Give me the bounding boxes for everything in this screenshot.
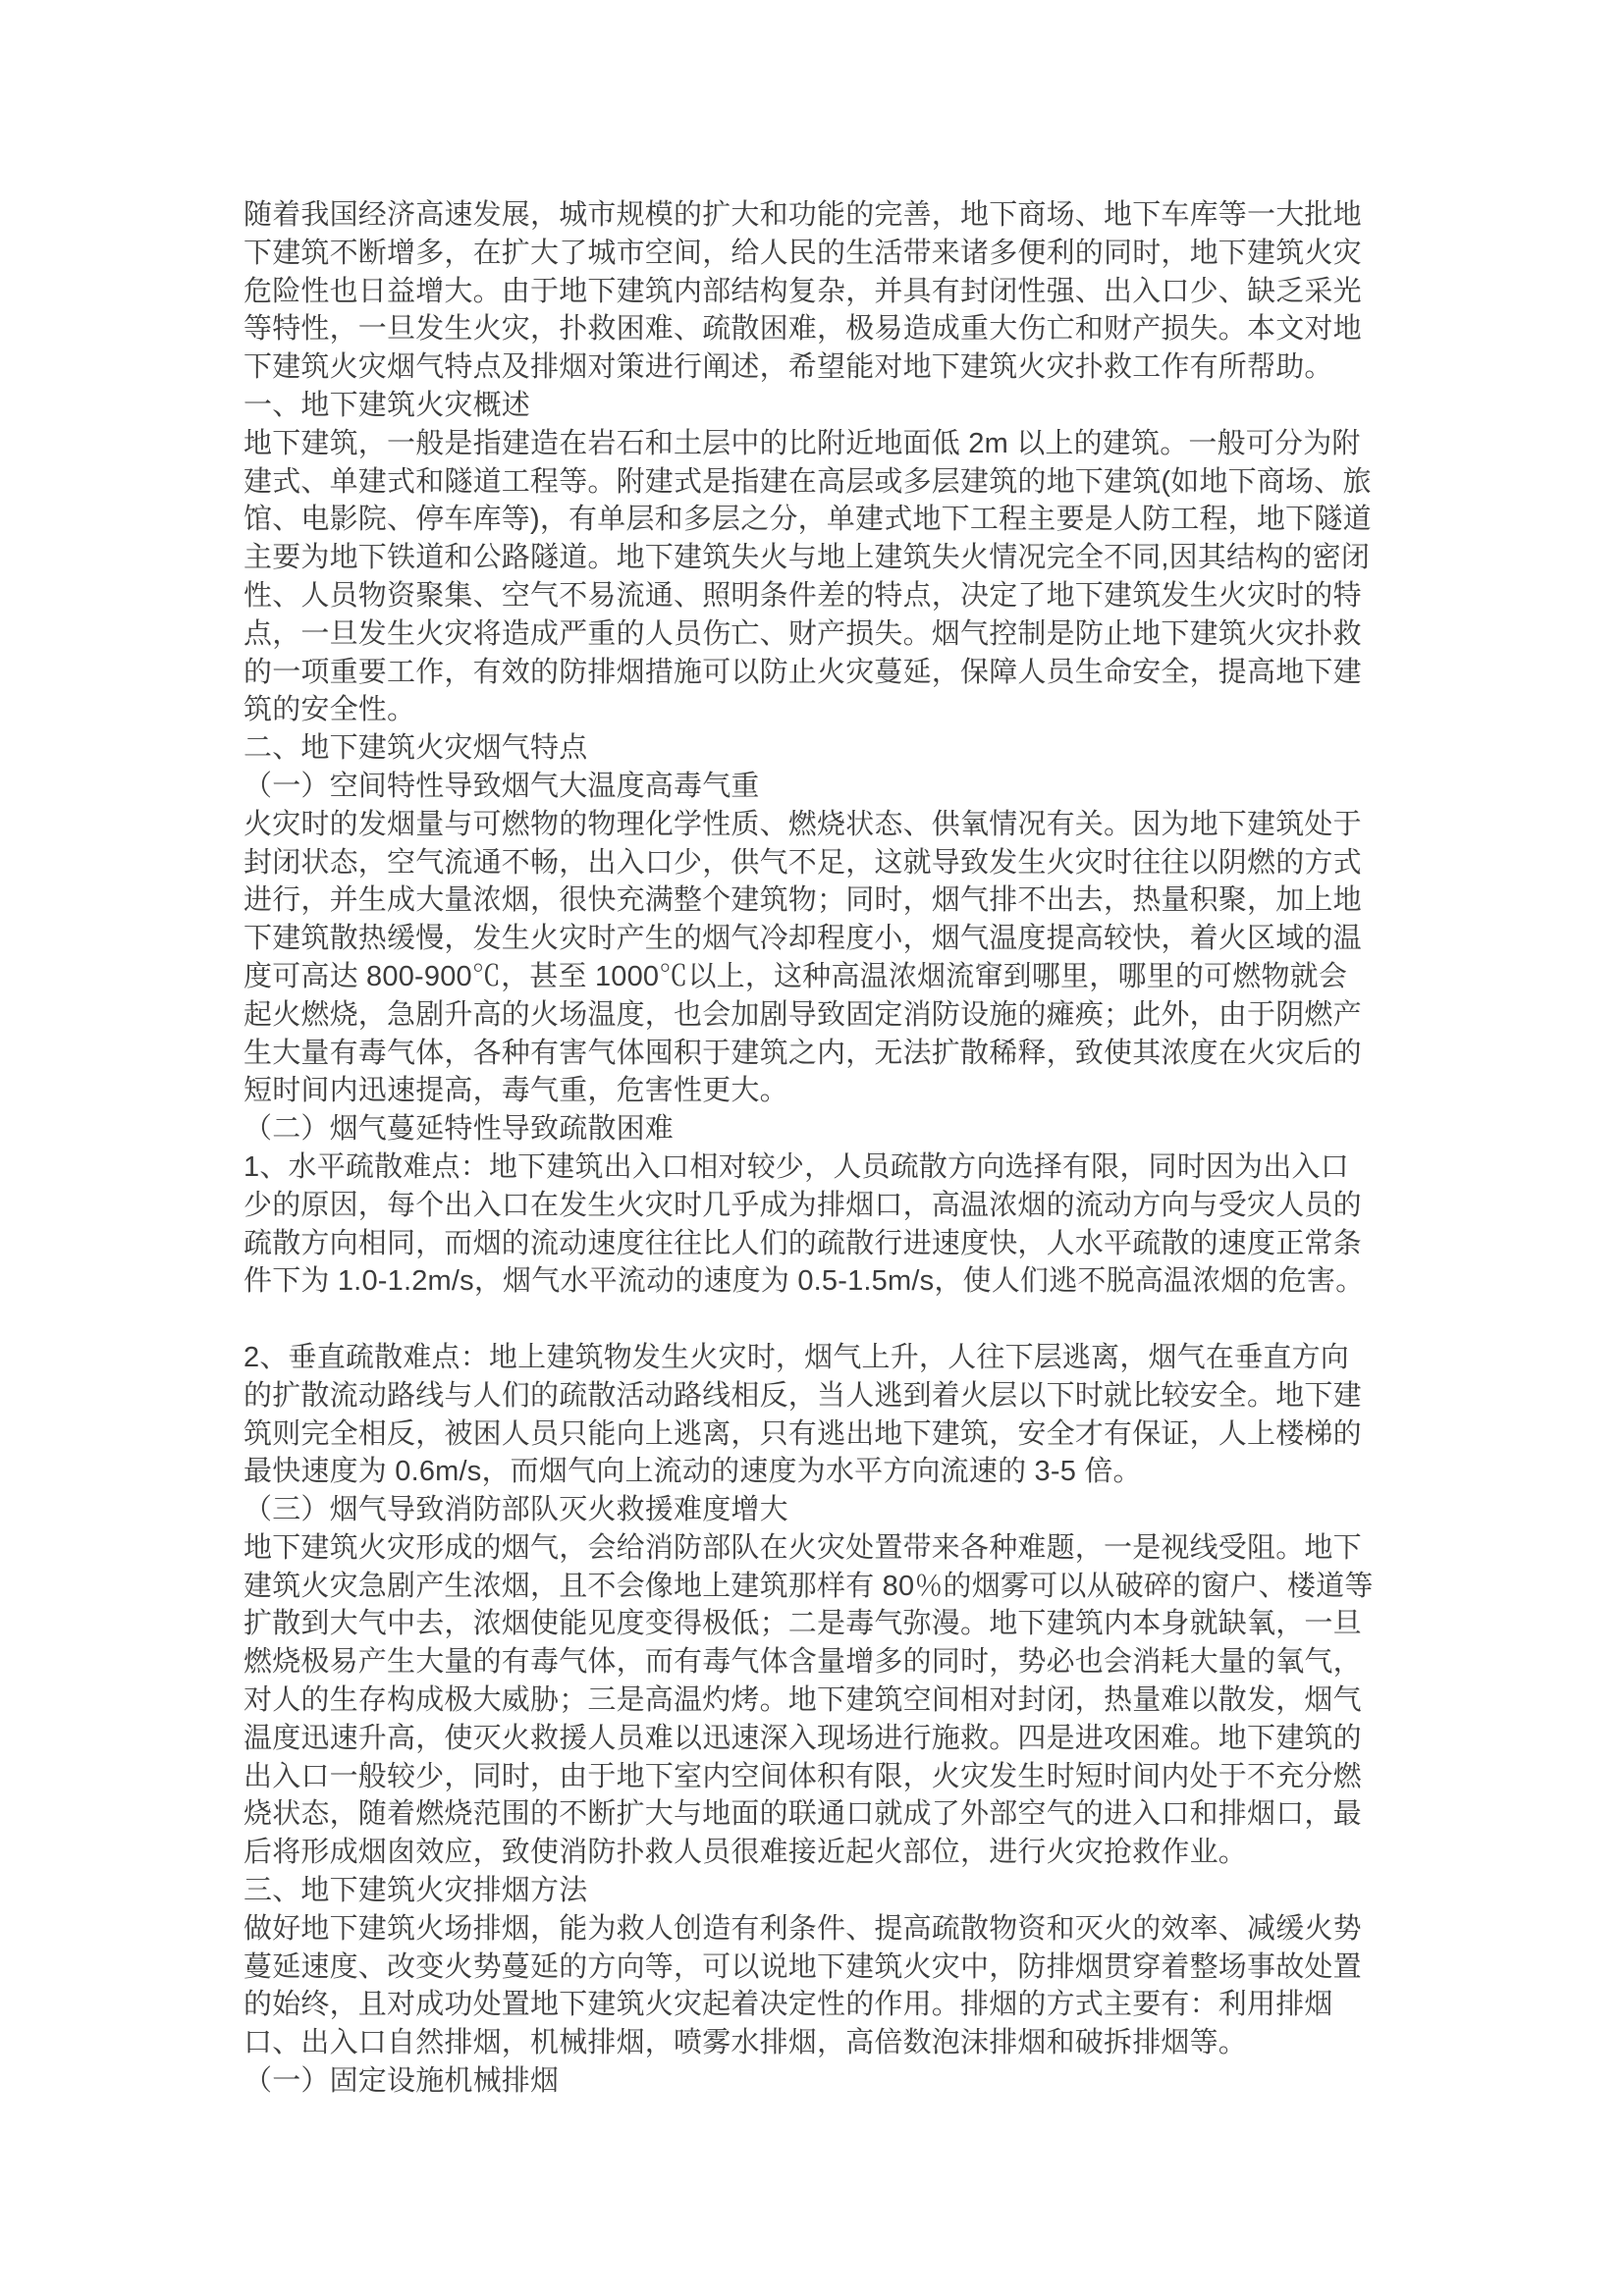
paragraph: 2、垂直疏散难点：地上建筑物发生火灾时，烟气上升，人往下层逃离，烟气在垂直方向的… bbox=[244, 1339, 1375, 1491]
blank-line bbox=[244, 1301, 1375, 1339]
section-heading: 一、地下建筑火灾概述 bbox=[244, 387, 1375, 425]
paragraph: 地下建筑，一般是指建造在岩石和土层中的比附近地面低 2m 以上的建筑。一般可分为… bbox=[244, 425, 1375, 729]
paragraph: 地下建筑火灾形成的烟气，会给消防部队在火灾处置带来各种难题，一是视线受阻。地下建… bbox=[244, 1529, 1375, 1872]
paragraph: 随着我国经济高速发展，城市规模的扩大和功能的完善，地下商场、地下车库等一大批地下… bbox=[244, 196, 1375, 387]
section-heading: 二、地下建筑火灾烟气特点 bbox=[244, 729, 1375, 768]
subsection-heading: （三）烟气导致消防部队灭火救援难度增大 bbox=[244, 1491, 1375, 1529]
paragraph: 火灾时的发烟量与可燃物的物理化学性质、燃烧状态、供氧情况有关。因为地下建筑处于封… bbox=[244, 806, 1375, 1110]
subsection-heading: （一）空间特性导致烟气大温度高毒气重 bbox=[244, 768, 1375, 806]
subsection-heading: （一）固定设施机械排烟 bbox=[244, 2062, 1375, 2101]
paragraph: 做好地下建筑火场排烟，能为救人创造有利条件、提高疏散物资和灭火的效率、减缓火势蔓… bbox=[244, 1910, 1375, 2062]
document-content: 随着我国经济高速发展，城市规模的扩大和功能的完善，地下商场、地下车库等一大批地下… bbox=[244, 196, 1375, 2101]
paragraph: 1、水平疏散难点：地下建筑出入口相对较少，人员疏散方向选择有限，同时因为出入口少… bbox=[244, 1148, 1375, 1301]
section-heading: 三、地下建筑火灾排烟方法 bbox=[244, 1872, 1375, 1910]
subsection-heading: （二）烟气蔓延特性导致疏散困难 bbox=[244, 1110, 1375, 1148]
